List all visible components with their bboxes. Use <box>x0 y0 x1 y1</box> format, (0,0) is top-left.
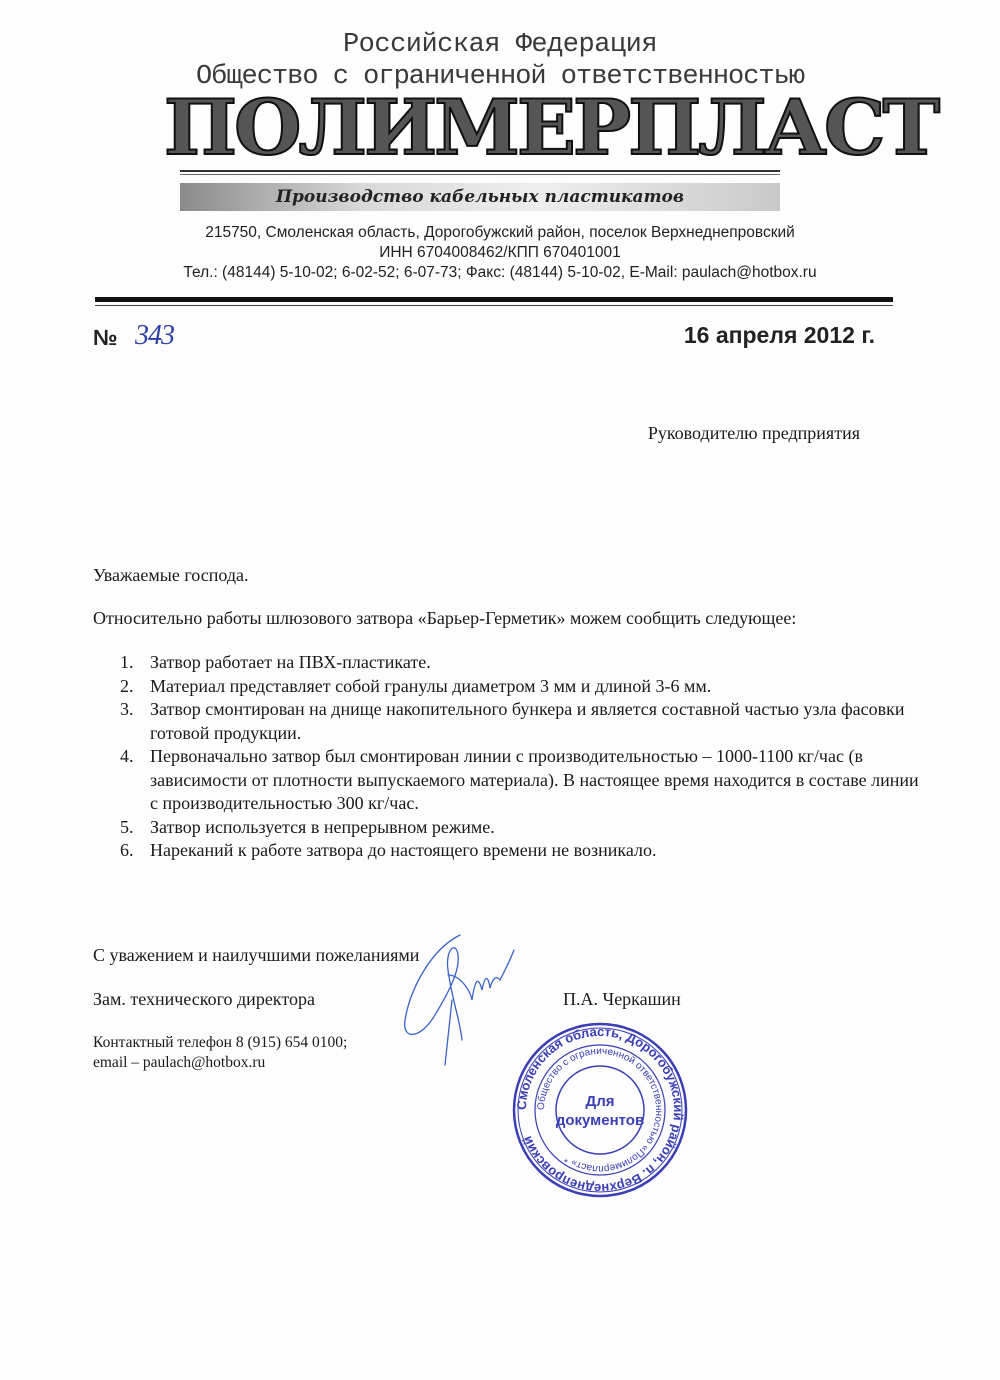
header-divider-thin <box>95 305 893 306</box>
letterhead-country: Российская Федерация <box>0 30 1000 60</box>
list-item: 1.Затвор работает на ПВХ-пластикате. <box>120 651 920 675</box>
company-logo-text: ПОЛИМЕРПЛАСТ <box>164 88 791 168</box>
logo-underline-thin <box>180 174 780 175</box>
list-item: 5.Затвор используется в непрерывном режи… <box>120 816 920 840</box>
document-date: 16 апреля 2012 г. <box>684 322 875 349</box>
contact-phone: Контактный телефон 8 (915) 654 0100; <box>93 1033 347 1053</box>
list-item: 3.Затвор смонтирован на днище накопитель… <box>120 698 920 745</box>
intro-paragraph: Относительно работы шлюзового затвора «Б… <box>93 607 796 629</box>
company-tagline: Производство кабельных пластикатов <box>180 183 780 211</box>
stamp-center-line1: Для <box>586 1093 615 1110</box>
closing-phrase: С уважением и наилучшими пожеланиями <box>93 945 419 966</box>
company-seal-stamp: Смоленская область, Дорогобужский район,… <box>510 1020 690 1200</box>
header-divider <box>95 297 893 302</box>
contact-email: email – paulach@hotbox.ru <box>93 1053 265 1073</box>
company-address: 215750, Смоленская область, Дорогобужски… <box>0 224 1000 242</box>
document-number-handwritten: 343 <box>135 320 174 352</box>
company-tax-ids: ИНН 6704008462/КПП 670401001 <box>0 244 1000 262</box>
facts-list: 1.Затвор работает на ПВХ-пластикате. 2.М… <box>120 651 920 863</box>
signer-name: П.А. Черкашин <box>563 989 681 1010</box>
signer-title: Зам. технического директора <box>93 989 315 1010</box>
list-item: 4.Первоначально затвор был смонтирован л… <box>120 745 920 816</box>
company-contacts: Тел.: (48144) 5-10-02; 6-02-52; 6-07-73;… <box>0 264 1000 282</box>
logo-underline <box>180 170 780 172</box>
list-item: 6.Нареканий к работе затвора до настояще… <box>120 839 920 863</box>
document-number-label: № <box>93 325 118 351</box>
handwritten-signature <box>390 930 530 1070</box>
stamp-center-line2: документов <box>556 1112 644 1129</box>
greeting: Уважаемые господа. <box>93 564 249 586</box>
list-item: 2.Материал представляет собой гранулы ди… <box>120 675 920 699</box>
recipient: Руководителю предприятия <box>648 423 860 444</box>
